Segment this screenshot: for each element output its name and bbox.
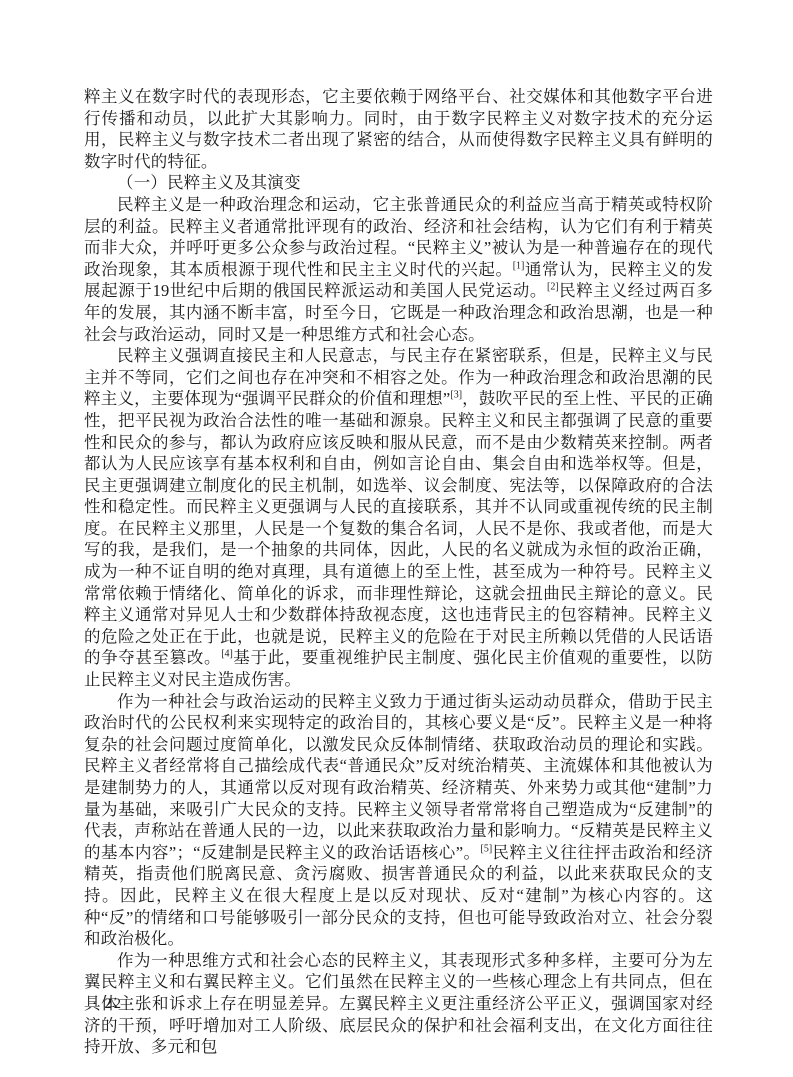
footnote-ref: [1] xyxy=(513,260,525,271)
section-heading: （一）民粹主义及其演变 xyxy=(84,172,713,194)
footnote-ref: [3] xyxy=(450,390,462,401)
footnote-ref: [5] xyxy=(481,843,493,854)
paragraph: 民粹主义是一种政治理念和运动，它主张普通民众的利益应当高于精英或特权阶层的利益。… xyxy=(84,194,713,345)
paragraph: 民粹主义强调直接民主和人民意志，与民主存在紧密联系，但是，民粹主义与民主并不等同… xyxy=(84,345,713,691)
paragraph: 作为一种思维方式和社会心态的民粹主义，其表现形式多种多样，主要可分为左翼民粹主义… xyxy=(84,950,713,1058)
footnote-ref: [2] xyxy=(547,282,559,293)
paragraph-continuation: 粹主义在数字时代的表现形态，它主要依赖于网络平台、社交媒体和其他数字平台进行传播… xyxy=(84,86,713,172)
page-number: · 22 · xyxy=(92,996,135,1013)
document-page: 粹主义在数字时代的表现形态，它主要依赖于网络平台、社交媒体和其他数字平台进行传播… xyxy=(0,0,793,1077)
paragraph: 作为一种社会与政治运动的民粹主义致力于通过街头运动动员群众，借助于民主政治时代的… xyxy=(84,691,713,950)
page-body: 粹主义在数字时代的表现形态，它主要依赖于网络平台、社交媒体和其他数字平台进行传播… xyxy=(84,86,713,1058)
footnote-ref: [4] xyxy=(221,649,233,660)
